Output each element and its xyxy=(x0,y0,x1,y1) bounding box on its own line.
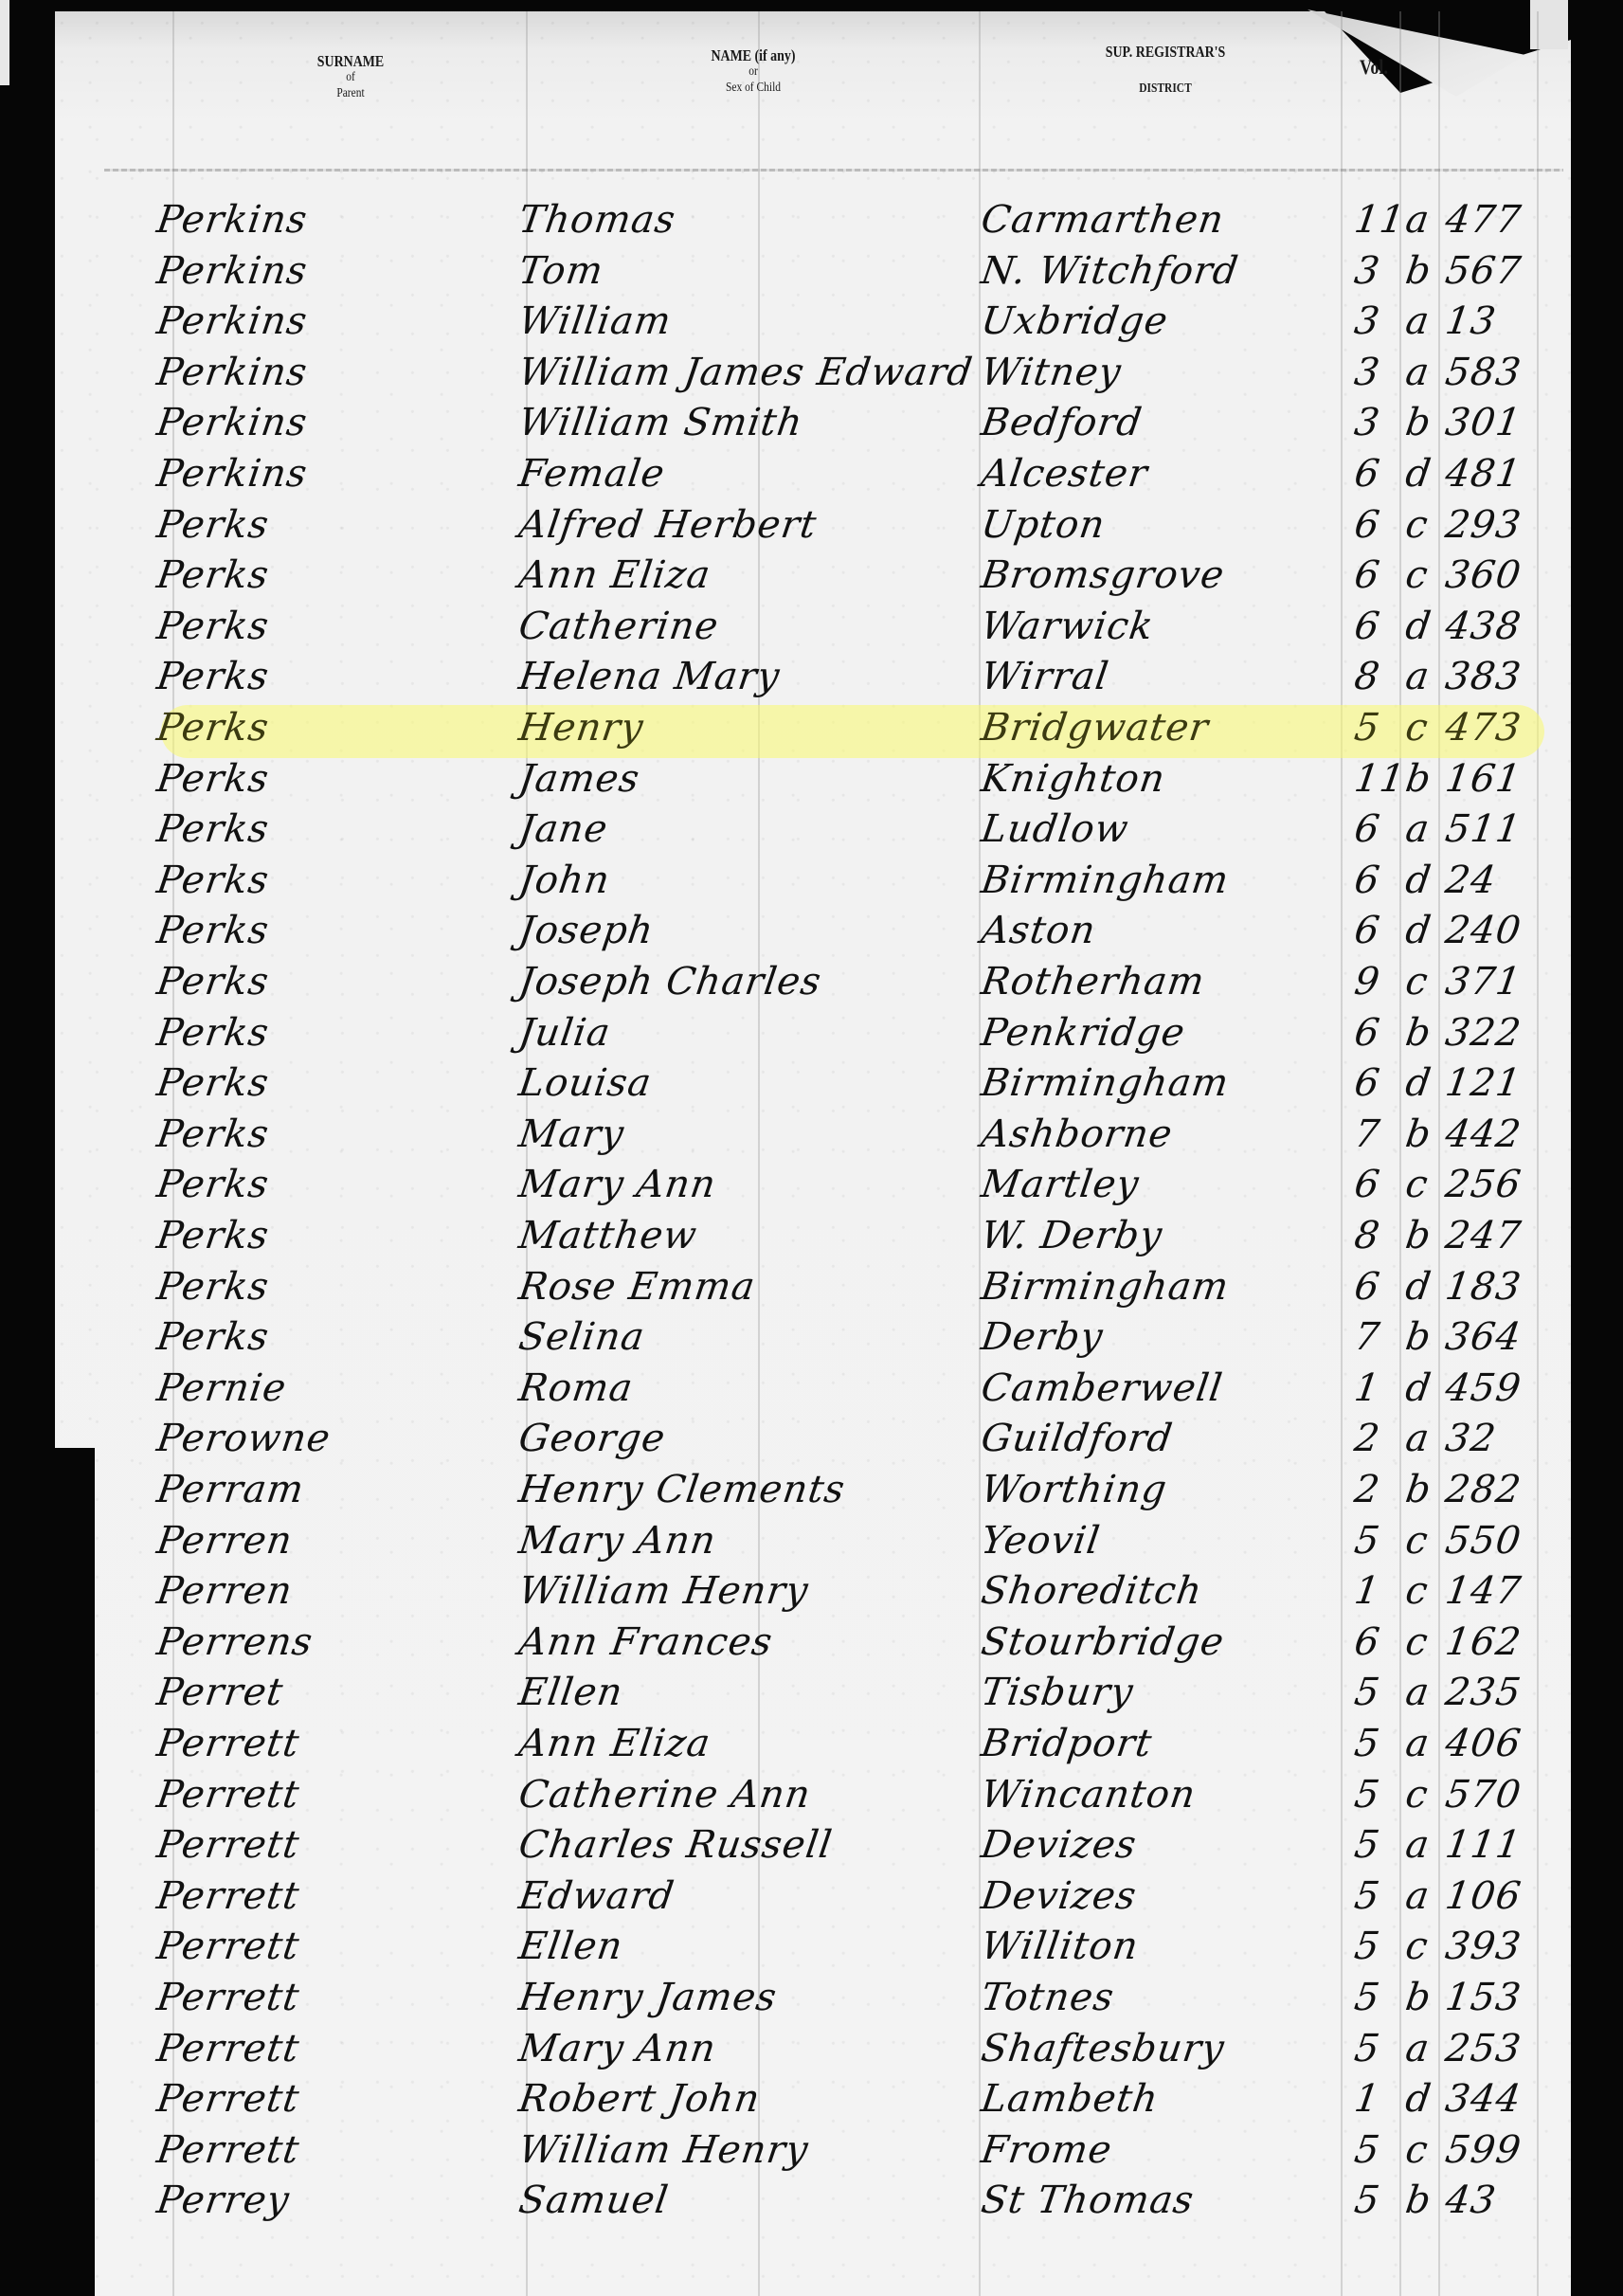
entry-surname: Perks xyxy=(153,754,272,804)
entry-page: 583 xyxy=(1442,348,1524,397)
entry-volume-letter: a xyxy=(1402,1719,1433,1768)
entry-surname: Perks xyxy=(153,551,272,600)
entry-district: Totnes xyxy=(978,1973,1117,2022)
index-entry: PerrensAnn FrancesStourbridge6c162 xyxy=(95,1618,1573,1667)
entry-volume-letter: a xyxy=(1402,805,1433,854)
entry-volume-letter: a xyxy=(1402,348,1433,397)
header-rule xyxy=(104,169,1563,172)
entry-child-name: Ellen xyxy=(515,1668,626,1717)
entry-page: 344 xyxy=(1442,2074,1524,2124)
entry-volume-letter: d xyxy=(1402,906,1434,955)
entry-volume: 5 xyxy=(1351,1973,1383,2022)
entry-surname: Perrett xyxy=(153,2024,302,2073)
entry-surname: Perrett xyxy=(153,1871,302,1921)
index-entry: PerkinsTomN. Witchford3b567 xyxy=(95,246,1573,296)
entry-district: W. Derby xyxy=(978,1211,1165,1260)
entry-volume: 1 xyxy=(1351,2074,1383,2124)
entry-volume: 5 xyxy=(1351,2024,1383,2073)
page-tab xyxy=(1530,0,1568,49)
entry-district: Uxbridge xyxy=(978,297,1171,346)
entry-district: Lambeth xyxy=(978,2074,1162,2124)
entry-volume: 2 xyxy=(1351,1465,1383,1514)
entry-district: Devizes xyxy=(978,1871,1140,1921)
index-entry: PerkinsWilliam SmithBedford3b301 xyxy=(95,398,1573,447)
entry-surname: Perks xyxy=(153,703,272,752)
entry-volume-letter: b xyxy=(1402,1211,1434,1260)
entry-child-name: Catherine Ann xyxy=(515,1770,814,1819)
entry-volume: 6 xyxy=(1351,1618,1383,1667)
entry-surname: Perkins xyxy=(153,297,311,346)
entry-volume-letter: d xyxy=(1402,1058,1434,1108)
entry-child-name: Joseph Charles xyxy=(515,957,824,1006)
entry-page: 570 xyxy=(1442,1770,1524,1819)
entry-district: Upton xyxy=(978,500,1109,550)
entry-surname: Perrens xyxy=(153,1618,316,1667)
film-edge-strip xyxy=(0,0,9,85)
entry-district: Derby xyxy=(978,1312,1106,1362)
entry-child-name: Louisa xyxy=(515,1058,655,1108)
entry-volume-letter: a xyxy=(1402,652,1433,701)
entry-volume: 5 xyxy=(1351,703,1383,752)
entry-volume: 5 xyxy=(1351,1770,1383,1819)
entry-district: Shoreditch xyxy=(978,1566,1205,1616)
entry-child-name: Charles Russell xyxy=(515,1820,836,1870)
entry-child-name: George xyxy=(515,1414,668,1463)
entry-surname: Perks xyxy=(153,1110,272,1159)
index-entry: PerreySamuelSt Thomas5b43 xyxy=(95,2176,1573,2225)
entry-district: St Thomas xyxy=(978,2176,1197,2225)
entry-district: Martley xyxy=(978,1160,1142,1209)
entry-volume-letter: b xyxy=(1402,1973,1434,2022)
entry-volume: 5 xyxy=(1351,1719,1383,1768)
entry-surname: Perks xyxy=(153,1262,272,1311)
entry-surname: Perkins xyxy=(153,449,311,498)
entry-page: 153 xyxy=(1442,1973,1524,2022)
index-entry: PerrenMary AnnYeovil5c550 xyxy=(95,1516,1573,1565)
entry-surname: Perram xyxy=(153,1465,307,1514)
entry-district: Carmarthen xyxy=(978,195,1227,244)
entry-volume: 5 xyxy=(1351,1922,1383,1971)
entry-volume-letter: b xyxy=(1402,398,1434,447)
entry-page: 406 xyxy=(1442,1719,1524,1768)
entry-surname: Perks xyxy=(153,1160,272,1209)
entry-page: 43 xyxy=(1442,2176,1499,2225)
entry-volume: 8 xyxy=(1351,1211,1383,1260)
entry-child-name: James xyxy=(515,754,642,804)
index-entry: PerksMary AnnMartley6c256 xyxy=(95,1160,1573,1209)
entry-district: Camberwell xyxy=(978,1364,1226,1413)
entry-child-name: Selina xyxy=(515,1312,648,1362)
header-volume-label: Vol. xyxy=(1350,59,1397,75)
index-entry: PerksAlfred HerbertUpton6c293 xyxy=(95,500,1573,550)
index-entry: PerksJohnBirmingham6d24 xyxy=(95,856,1573,905)
header-district-line2: DISTRICT xyxy=(1064,81,1266,97)
entry-district: Yeovil xyxy=(978,1516,1103,1565)
entry-child-name: Joseph xyxy=(515,906,657,955)
entry-surname: Perks xyxy=(153,500,272,550)
entry-child-name: Edward xyxy=(515,1871,677,1921)
entry-district: Williton xyxy=(978,1922,1142,1971)
entry-volume-letter: c xyxy=(1402,551,1432,600)
entry-volume-letter: d xyxy=(1402,856,1434,905)
header-volume: Vol. xyxy=(1350,59,1397,75)
entry-volume-letter: b xyxy=(1402,2176,1434,2225)
entry-volume: 6 xyxy=(1351,1262,1383,1311)
entry-district: Alcester xyxy=(978,449,1150,498)
entry-volume: 6 xyxy=(1351,906,1383,955)
entry-child-name: Mary Ann xyxy=(515,1160,719,1209)
entry-volume-letter: d xyxy=(1402,1364,1434,1413)
entry-volume: 5 xyxy=(1351,2125,1383,2175)
entry-surname: Perkins xyxy=(153,195,311,244)
entry-volume: 5 xyxy=(1351,1871,1383,1921)
entry-page: 247 xyxy=(1442,1211,1524,1260)
entry-volume: 3 xyxy=(1351,297,1383,346)
entry-district: Wirral xyxy=(978,652,1111,701)
index-entry: PerksHelena MaryWirral8a383 xyxy=(95,652,1573,701)
highlighted-index-entry: PerksHenryBridgwater5c473 xyxy=(95,703,1573,752)
entry-volume: 11 xyxy=(1351,195,1408,244)
entry-surname: Perrett xyxy=(153,1719,302,1768)
entry-volume: 8 xyxy=(1351,652,1383,701)
entry-volume: 9 xyxy=(1351,957,1383,1006)
entry-child-name: Ann Eliza xyxy=(515,1719,713,1768)
entry-surname: Perrett xyxy=(153,1922,302,1971)
entry-district: Birmingham xyxy=(978,1262,1232,1311)
entry-district: Bridport xyxy=(978,1719,1155,1768)
header-district: SUP. REGISTRAR'S DISTRICT xyxy=(1064,44,1266,97)
entry-page: 567 xyxy=(1442,246,1524,296)
entry-volume-letter: c xyxy=(1402,1516,1432,1565)
entry-child-name: Thomas xyxy=(515,195,678,244)
index-entry: PerkinsWilliam James EdwardWitney3a583 xyxy=(95,348,1573,397)
index-entry: PerrettCatherine AnnWincanton5c570 xyxy=(95,1770,1573,1819)
entry-volume: 6 xyxy=(1351,856,1383,905)
entry-district: Bridgwater xyxy=(978,703,1212,752)
entry-page: 162 xyxy=(1442,1618,1524,1667)
entry-volume: 7 xyxy=(1351,1312,1383,1362)
entry-district: Warwick xyxy=(978,602,1157,651)
entry-volume-letter: a xyxy=(1402,297,1433,346)
entry-surname: Perks xyxy=(153,1008,272,1058)
index-entry: PerksJoseph CharlesRotherham9c371 xyxy=(95,957,1573,1006)
entry-district: Witney xyxy=(978,348,1125,397)
header-surname: SURNAME of Parent xyxy=(293,53,409,101)
entry-page: 106 xyxy=(1442,1871,1524,1921)
entry-surname: Perks xyxy=(153,957,272,1006)
index-entry: PerksCatherineWarwick6d438 xyxy=(95,602,1573,651)
entry-surname: Perrett xyxy=(153,2074,302,2124)
entry-district: Birmingham xyxy=(978,1058,1232,1108)
entry-page: 550 xyxy=(1442,1516,1524,1565)
entry-volume-letter: c xyxy=(1402,1160,1432,1209)
entry-volume: 5 xyxy=(1351,1668,1383,1717)
entry-volume: 6 xyxy=(1351,1160,1383,1209)
entry-district: Bedford xyxy=(978,398,1145,447)
entry-page: 442 xyxy=(1442,1110,1524,1159)
entry-page: 322 xyxy=(1442,1008,1524,1058)
entry-page: 371 xyxy=(1442,957,1524,1006)
index-entry: PerkinsFemaleAlcester6d481 xyxy=(95,449,1573,498)
entry-surname: Perkins xyxy=(153,246,311,296)
entry-page: 24 xyxy=(1442,856,1499,905)
entry-child-name: Samuel xyxy=(515,2176,672,2225)
entry-child-name: William Smith xyxy=(515,398,805,447)
entry-page: 13 xyxy=(1442,297,1499,346)
entry-district: Guildford xyxy=(978,1414,1176,1463)
entry-page: 481 xyxy=(1442,449,1524,498)
index-entry: PerrettCharles RussellDevizes5a111 xyxy=(95,1820,1573,1870)
entry-page: 599 xyxy=(1442,2125,1524,2175)
entry-district: Bromsgrove xyxy=(978,551,1227,600)
header-district-line1: SUP. REGISTRAR'S xyxy=(1064,44,1266,60)
entry-volume: 6 xyxy=(1351,500,1383,550)
entry-child-name: William Henry xyxy=(515,2125,811,2175)
entry-district: Shaftesbury xyxy=(978,2024,1227,2073)
entry-child-name: Jane xyxy=(515,805,611,854)
index-entry: PerksJuliaPenkridge6b322 xyxy=(95,1008,1573,1058)
entry-district: N. Witchford xyxy=(978,246,1241,296)
entry-district: Stourbridge xyxy=(978,1618,1227,1667)
entry-volume: 3 xyxy=(1351,348,1383,397)
entry-district: Penkridge xyxy=(978,1008,1188,1058)
entry-surname: Perkins xyxy=(153,348,311,397)
entry-volume-letter: c xyxy=(1402,2125,1432,2175)
entry-volume: 2 xyxy=(1351,1414,1383,1463)
entry-page: 511 xyxy=(1442,805,1524,854)
entry-volume-letter: c xyxy=(1402,703,1432,752)
entry-child-name: William Henry xyxy=(515,1566,811,1616)
entry-volume: 6 xyxy=(1351,551,1383,600)
index-entry: PerksAnn ElizaBromsgrove6c360 xyxy=(95,551,1573,600)
entry-surname: Perrey xyxy=(153,2176,293,2225)
entry-page: 360 xyxy=(1442,551,1524,600)
entry-child-name: William xyxy=(515,297,675,346)
header-name: NAME (if any) or Sex of Child xyxy=(679,47,827,96)
entry-page: 383 xyxy=(1442,652,1524,701)
entry-page: 459 xyxy=(1442,1364,1524,1413)
entry-page: 438 xyxy=(1442,602,1524,651)
entry-surname: Perrett xyxy=(153,1973,302,2022)
entry-volume-letter: d xyxy=(1402,602,1434,651)
entry-volume: 6 xyxy=(1351,602,1383,651)
entry-child-name: Alfred Herbert xyxy=(515,500,820,550)
entry-volume: 3 xyxy=(1351,246,1383,296)
entry-volume: 5 xyxy=(1351,1820,1383,1870)
entry-volume-letter: b xyxy=(1402,1312,1434,1362)
entry-volume-letter: c xyxy=(1402,1770,1432,1819)
entry-volume-letter: b xyxy=(1402,1110,1434,1159)
header-name-line2: or xyxy=(679,63,827,80)
entry-surname: Perrett xyxy=(153,1770,302,1819)
entry-volume-letter: d xyxy=(1402,2074,1434,2124)
entry-child-name: Julia xyxy=(515,1008,614,1058)
entry-volume: 5 xyxy=(1351,1516,1383,1565)
entry-child-name: Rose Emma xyxy=(515,1262,758,1311)
header-name-line1: NAME (if any) xyxy=(679,47,827,63)
entry-page: 393 xyxy=(1442,1922,1524,1971)
entry-child-name: Mary xyxy=(515,1110,627,1159)
entry-child-name: Helena Mary xyxy=(515,652,783,701)
index-entry: PerrettEllenWilliton5c393 xyxy=(95,1922,1573,1971)
entry-volume-letter: c xyxy=(1402,957,1432,1006)
entry-page: 282 xyxy=(1442,1465,1524,1514)
entry-child-name: John xyxy=(515,856,613,905)
entry-page: 364 xyxy=(1442,1312,1524,1362)
entry-child-name: Tom xyxy=(515,246,606,296)
index-entry: PerksSelinaDerby7b364 xyxy=(95,1312,1573,1362)
entry-child-name: Female xyxy=(515,449,668,498)
entry-volume-letter: b xyxy=(1402,1465,1434,1514)
entry-page: 301 xyxy=(1442,398,1524,447)
entry-child-name: Catherine xyxy=(515,602,722,651)
entry-page: 111 xyxy=(1442,1820,1524,1870)
entry-volume-letter: c xyxy=(1402,1618,1432,1667)
entry-surname: Perret xyxy=(153,1668,286,1717)
entry-page: 161 xyxy=(1442,754,1524,804)
entry-surname: Perks xyxy=(153,1312,272,1362)
index-entry: PerkinsWilliamUxbridge3a13 xyxy=(95,297,1573,346)
index-entry: PerksJosephAston6d240 xyxy=(95,906,1573,955)
entry-volume: 6 xyxy=(1351,1058,1383,1108)
entry-surname: Pernie xyxy=(153,1364,289,1413)
entry-district: Knighton xyxy=(978,754,1168,804)
entry-child-name: Roma xyxy=(515,1364,636,1413)
header-surname-line2: of xyxy=(293,69,409,85)
index-entry: PerrettAnn ElizaBridport5a406 xyxy=(95,1719,1573,1768)
index-entry: PerramHenry ClementsWorthing2b282 xyxy=(95,1465,1573,1514)
entry-child-name: Robert John xyxy=(515,2074,763,2124)
entry-volume-letter: a xyxy=(1402,1668,1433,1717)
entry-page: 183 xyxy=(1442,1262,1524,1311)
entry-child-name: Ann Frances xyxy=(515,1618,776,1667)
entry-page: 32 xyxy=(1442,1414,1499,1463)
entry-surname: Perks xyxy=(153,805,272,854)
entry-district: Devizes xyxy=(978,1820,1140,1870)
entry-surname: Perren xyxy=(153,1566,296,1616)
entry-volume-letter: b xyxy=(1402,1008,1434,1058)
entry-child-name: Henry James xyxy=(515,1973,780,2022)
header-surname-line3: Parent xyxy=(293,85,409,101)
entry-volume-letter: d xyxy=(1402,1262,1434,1311)
header-surname-line1: SURNAME xyxy=(293,53,409,69)
entry-volume: 7 xyxy=(1351,1110,1383,1159)
entry-district: Ludlow xyxy=(978,805,1131,854)
entry-district: Frome xyxy=(978,2125,1115,2175)
entry-district: Worthing xyxy=(978,1465,1170,1514)
microfilm-scan: SURNAME of Parent NAME (if any) or Sex o… xyxy=(0,0,1623,2296)
entry-volume-letter: a xyxy=(1402,2024,1433,2073)
entry-district: Aston xyxy=(978,906,1099,955)
entry-volume: 6 xyxy=(1351,1008,1383,1058)
entry-child-name: Henry xyxy=(515,703,646,752)
entry-surname: Perks xyxy=(153,906,272,955)
entry-page: 147 xyxy=(1442,1566,1524,1616)
entry-child-name: Matthew xyxy=(515,1211,700,1260)
entry-surname: Perks xyxy=(153,652,272,701)
entry-surname: Perowne xyxy=(153,1414,334,1463)
entry-volume: 6 xyxy=(1351,449,1383,498)
entry-district: Wincanton xyxy=(978,1770,1199,1819)
entry-district: Tisbury xyxy=(978,1668,1136,1717)
index-entry: PerowneGeorgeGuildford2a32 xyxy=(95,1414,1573,1463)
entry-child-name: Ellen xyxy=(515,1922,626,1971)
index-entry: PernieRomaCamberwell1d459 xyxy=(95,1364,1573,1413)
index-entry: PerksLouisaBirmingham6d121 xyxy=(95,1058,1573,1108)
entry-child-name: Henry Clements xyxy=(515,1465,848,1514)
entry-surname: Perkins xyxy=(153,398,311,447)
index-entry: PerkinsThomasCarmarthen11a477 xyxy=(95,195,1573,244)
entry-child-name: William James Edward xyxy=(515,348,976,397)
entry-child-name: Mary Ann xyxy=(515,2024,719,2073)
index-entry: PerrettEdwardDevizes5a106 xyxy=(95,1871,1573,1921)
entry-page: 473 xyxy=(1442,703,1524,752)
entry-volume-letter: c xyxy=(1402,1922,1432,1971)
entry-volume-letter: a xyxy=(1402,1871,1433,1921)
entry-page: 235 xyxy=(1442,1668,1524,1717)
index-entry: PerrettMary AnnShaftesbury5a253 xyxy=(95,2024,1573,2073)
entry-page: 293 xyxy=(1442,500,1524,550)
index-entry: PerksJaneLudlow6a511 xyxy=(95,805,1573,854)
entry-surname: Perks xyxy=(153,856,272,905)
entry-page: 121 xyxy=(1442,1058,1524,1108)
entry-district: Ashborne xyxy=(978,1110,1176,1159)
entry-surname: Perks xyxy=(153,1211,272,1260)
entry-surname: Perks xyxy=(153,1058,272,1108)
index-entry: PerrettWilliam HenryFrome5c599 xyxy=(95,2125,1573,2175)
index-entry: PerksMaryAshborne7b442 xyxy=(95,1110,1573,1159)
entry-page: 253 xyxy=(1442,2024,1524,2073)
index-entry: PerrenWilliam HenryShoreditch1c147 xyxy=(95,1566,1573,1616)
entry-district: Birmingham xyxy=(978,856,1232,905)
index-entry: PerksRose EmmaBirmingham6d183 xyxy=(95,1262,1573,1311)
entry-volume: 5 xyxy=(1351,2176,1383,2225)
index-entry: PerrettHenry JamesTotnes5b153 xyxy=(95,1973,1573,2022)
header-name-line3: Sex of Child xyxy=(679,80,827,96)
entry-volume-letter: c xyxy=(1402,1566,1432,1616)
entry-district: Rotherham xyxy=(978,957,1208,1006)
index-entry: PerksJamesKnighton11b161 xyxy=(95,754,1573,804)
entry-volume: 3 xyxy=(1351,398,1383,447)
index-entry: PerretEllenTisbury5a235 xyxy=(95,1668,1573,1717)
entry-volume-letter: a xyxy=(1402,1414,1433,1463)
entry-volume: 11 xyxy=(1351,754,1408,804)
entry-surname: Perrett xyxy=(153,1820,302,1870)
entry-page: 477 xyxy=(1442,195,1524,244)
entry-volume-letter: c xyxy=(1402,500,1432,550)
entry-volume-letter: b xyxy=(1402,246,1434,296)
entry-volume: 6 xyxy=(1351,805,1383,854)
index-entry: PerrettRobert JohnLambeth1d344 xyxy=(95,2074,1573,2124)
entry-child-name: Ann Eliza xyxy=(515,551,713,600)
entry-volume-letter: a xyxy=(1402,1820,1433,1870)
entry-page: 240 xyxy=(1442,906,1524,955)
entry-volume: 1 xyxy=(1351,1566,1383,1616)
entry-volume: 1 xyxy=(1351,1364,1383,1413)
entry-child-name: Mary Ann xyxy=(515,1516,719,1565)
index-entry: PerksMatthewW. Derby8b247 xyxy=(95,1211,1573,1260)
entry-volume-letter: d xyxy=(1402,449,1434,498)
entry-surname: Perks xyxy=(153,602,272,651)
header-district-spacer xyxy=(1064,60,1266,81)
entry-surname: Perren xyxy=(153,1516,296,1565)
entry-page: 256 xyxy=(1442,1160,1524,1209)
entry-surname: Perrett xyxy=(153,2125,302,2175)
